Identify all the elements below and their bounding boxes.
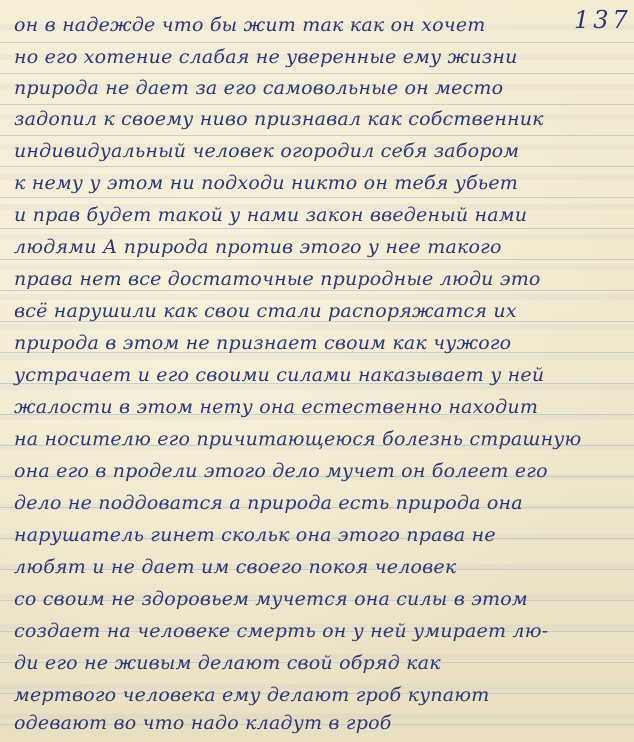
text-line: но его хотение слабая не уверенные ему ж…	[14, 46, 518, 68]
text-line: она его в продели этого дело мучет он бо…	[14, 460, 548, 482]
ruled-line	[0, 228, 634, 229]
text-line: нарушатель гинет скольк она этого права …	[14, 524, 496, 546]
text-line: задопил к своему ниво признавал как собс…	[14, 108, 544, 130]
ruled-line	[0, 104, 634, 105]
text-line: любят и не дает им своего покоя человек	[14, 556, 456, 578]
ruled-line	[0, 290, 634, 291]
text-line: дело не поддоватся а природа есть природ…	[14, 492, 523, 514]
text-line: жалости в этом нету она естественно нахо…	[14, 396, 538, 418]
text-line: мертвого человека ему делают гроб купают	[14, 684, 489, 706]
text-line: природа не дает за его самовольные он ме…	[14, 77, 503, 99]
text-line: людями А природа против этого у нее тако…	[14, 236, 502, 258]
page-number: 137	[574, 6, 632, 34]
notebook-page: 137 он в надежде что бы жит так как он х…	[0, 0, 634, 742]
ruled-line	[0, 135, 634, 136]
text-line: права нет все достаточные природные люди…	[14, 268, 541, 290]
ruled-line	[0, 73, 634, 74]
text-line: на носителю его причитающеюся болезнь ст…	[14, 428, 581, 450]
text-line: всё нарушили как свои стали распоряжатся…	[14, 300, 517, 322]
text-line: он в надежде что бы жит так как он хочет	[14, 14, 485, 36]
text-line: к нему у этом ни подходи никто он тебя у…	[14, 172, 518, 194]
text-line: и прав будет такой у нами закон введеный…	[14, 204, 527, 226]
text-line: устрачает и его своими силами наказывает…	[14, 364, 544, 386]
text-line: со своим не здоровьем мучется она силы в…	[14, 588, 528, 610]
ruled-line	[0, 259, 634, 260]
text-line: индивидуальный человек огородил себя заб…	[14, 140, 519, 162]
text-line: природа в этом не признает своим как чуж…	[14, 332, 511, 354]
text-line: одевают во что надо кладут в гроб	[14, 712, 392, 734]
text-line: создает на человеке смерть он у ней умир…	[14, 620, 548, 642]
ruled-line	[0, 197, 634, 198]
ruled-line	[0, 42, 634, 43]
text-line: ди его не живым делают свой обряд как	[14, 652, 441, 674]
ruled-line	[0, 166, 634, 167]
